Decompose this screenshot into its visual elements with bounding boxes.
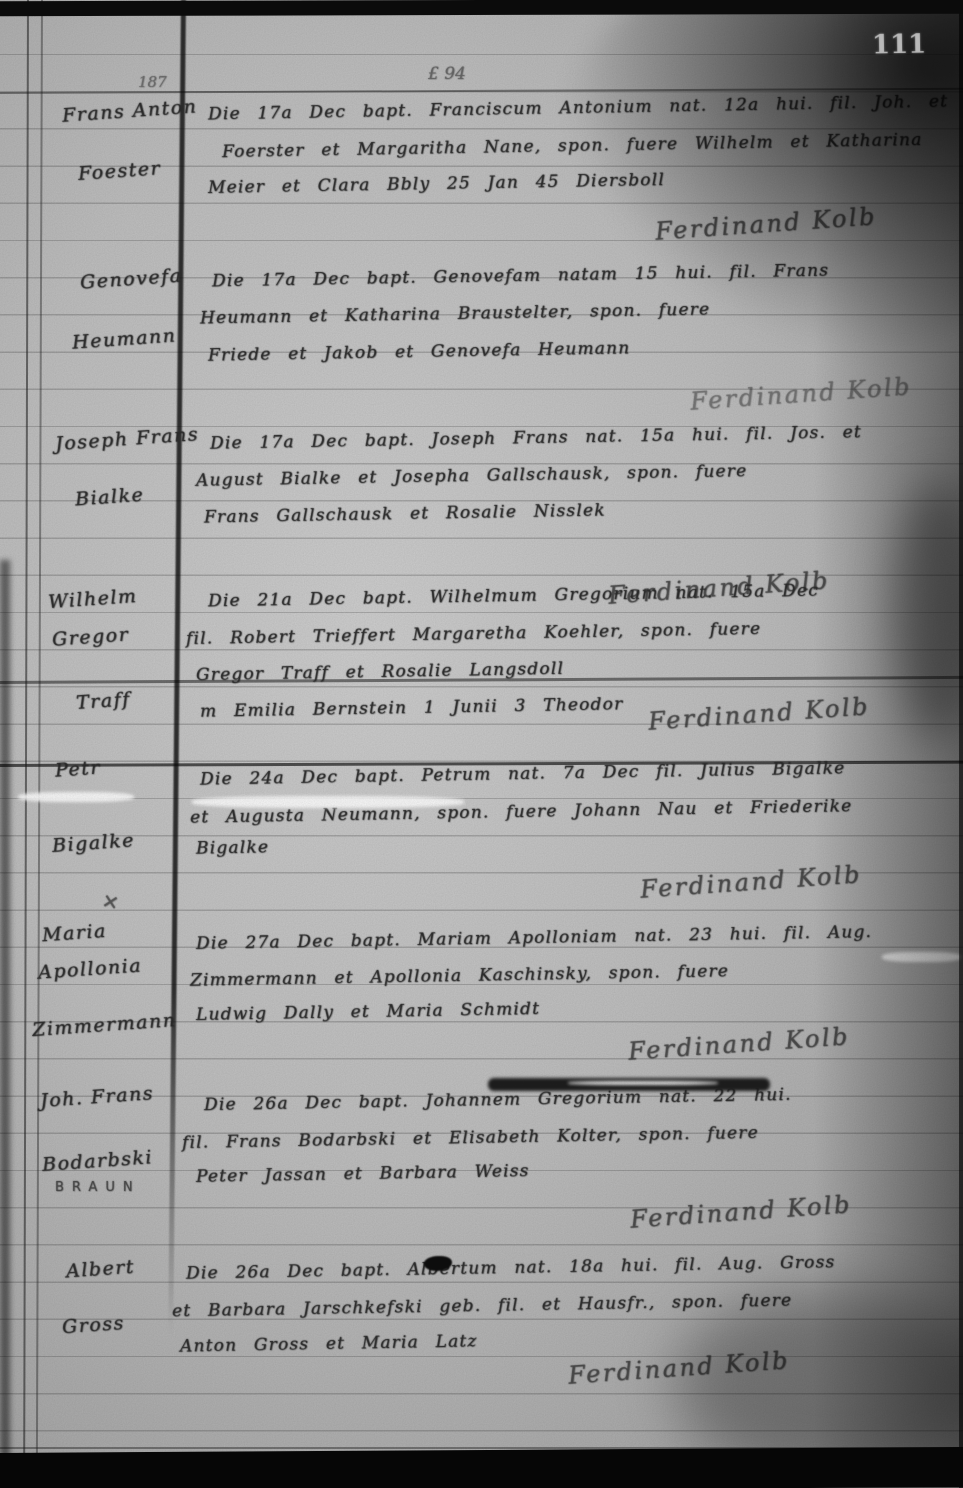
shadow-right-edge — [813, 0, 963, 1488]
page-number: 111 — [872, 30, 927, 61]
scan-edge-bottom — [0, 1447, 963, 1488]
scan-edge-right — [959, 0, 963, 1488]
register-page-scan: 187 £ 94 Frans Anton Foester Die 17a Dec… — [0, 0, 963, 1488]
shadow-left-edge — [0, 560, 10, 1488]
scan-edge-top — [0, 0, 963, 16]
